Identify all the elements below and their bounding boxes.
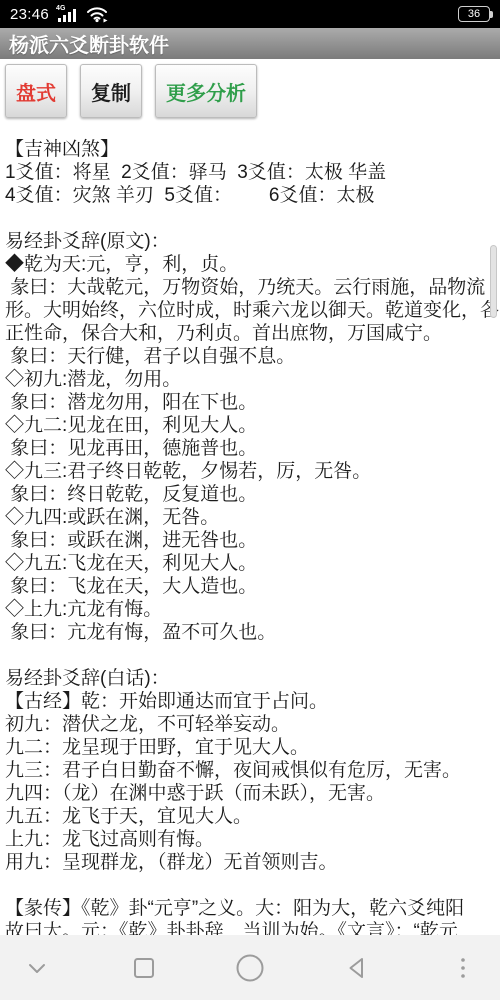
back-button[interactable] xyxy=(340,951,374,985)
signal-bars-icon xyxy=(58,9,76,22)
text-line: 彖曰：大哉乾元，万物资始，乃统天。云行雨施，品物流 形。大明始终，六位时成，时乘… xyxy=(5,276,500,345)
text-line xyxy=(5,644,500,667)
text-line: 【吉神凶煞】 xyxy=(5,138,500,161)
text-line: 九二：龙呈现于田野，宜于见大人。 xyxy=(5,736,500,759)
status-bar: 23:46 4G 36 xyxy=(0,0,500,28)
text-line: 九五：龙飞于天，宜见大人。 xyxy=(5,805,500,828)
copy-button[interactable]: 复制 xyxy=(80,64,142,118)
text-line: 象曰：飞龙在天，大人造也。 xyxy=(5,575,500,598)
cellular-signal-icon: 4G xyxy=(56,5,78,23)
text-line: 1爻值：将星 2爻值：驿马 3爻值：太极 华盖 xyxy=(5,161,500,184)
wifi-icon xyxy=(85,5,109,23)
text-line: 易经卦爻辞(白话)： xyxy=(5,667,500,690)
text-line: ◇九五:飞龙在天，利见大人。 xyxy=(5,552,500,575)
more-analysis-button[interactable]: 更多分析 xyxy=(155,64,257,118)
app-title-bar: 杨派六爻断卦软件 xyxy=(0,28,500,59)
ellipsis-vertical-icon xyxy=(450,955,476,981)
text-line: ◇九四:或跃在渊，无咎。 xyxy=(5,506,500,529)
chevron-down-icon xyxy=(24,955,50,981)
battery-icon: 36 xyxy=(458,6,490,22)
reading-content[interactable]: 【吉神凶煞】 1爻值：将星 2爻值：驿马 3爻值：太极 华盖 4爻值：灾煞 羊刃… xyxy=(0,138,500,943)
text-line: 象曰：终日乾乾，反复道也。 xyxy=(5,483,500,506)
toolbar: 盘式 复制 更多分析 xyxy=(0,59,500,125)
text-line: 易经卦爻辞(原文)： xyxy=(5,230,500,253)
text-line xyxy=(5,874,500,897)
square-icon xyxy=(131,955,157,981)
clock-text: 23:46 xyxy=(10,6,49,23)
text-line: 象曰：见龙再田，德施普也。 xyxy=(5,437,500,460)
text-line: ◇上九:亢龙有悔。 xyxy=(5,598,500,621)
text-line: 九三：君子白日勤奋不懈，夜间戒惧似有危厉，无害。 xyxy=(5,759,500,782)
text-line: ◇初九:潜龙，勿用。 xyxy=(5,368,500,391)
text-line: ◇九二:见龙在田，利见大人。 xyxy=(5,414,500,437)
text-line: 【古经】乾：开始即通达而宜于占问。 xyxy=(5,690,500,713)
home-button[interactable] xyxy=(233,951,267,985)
text-line: 象曰：潜龙勿用，阳在下也。 xyxy=(5,391,500,414)
scrollbar-thumb[interactable] xyxy=(490,245,497,318)
text-line: 象曰：或跃在渊，进无咎也。 xyxy=(5,529,500,552)
text-line: 初九：潜伏之龙，不可轻举妄动。 xyxy=(5,713,500,736)
text-line: 用九：呈现群龙，（群龙）无首领则吉。 xyxy=(5,851,500,874)
navigation-bar xyxy=(0,935,500,1000)
battery-level-text: 36 xyxy=(468,8,480,20)
text-line: ◆乾为天:元，亨，利，贞。 xyxy=(5,253,500,276)
text-line: 象曰：亢龙有悔，盈不可久也。 xyxy=(5,621,500,644)
text-line: 4爻值：灾煞 羊刃 5爻值： 6爻值：太极 xyxy=(5,184,500,207)
text-line: ◇九三:君子终日乾乾，夕惕若，厉，无咎。 xyxy=(5,460,500,483)
text-line: 九四：（龙）在渊中惑于跃（而未跃），无害。 xyxy=(5,782,500,805)
hide-navbar-button[interactable] xyxy=(20,951,54,985)
phone-screen: 23:46 4G 36 杨派六爻断卦软件 xyxy=(0,0,500,1000)
recents-button[interactable] xyxy=(127,951,161,985)
circle-icon xyxy=(235,953,265,983)
text-line: 上九：龙飞过高则有悔。 xyxy=(5,828,500,851)
text-line xyxy=(5,207,500,230)
panshi-button[interactable]: 盘式 xyxy=(5,64,67,118)
more-options-button[interactable] xyxy=(446,951,480,985)
app-title: 杨派六爻断卦软件 xyxy=(9,29,169,58)
text-line: 象曰：天行健，君子以自强不息。 xyxy=(5,345,500,368)
triangle-left-icon xyxy=(344,955,370,981)
